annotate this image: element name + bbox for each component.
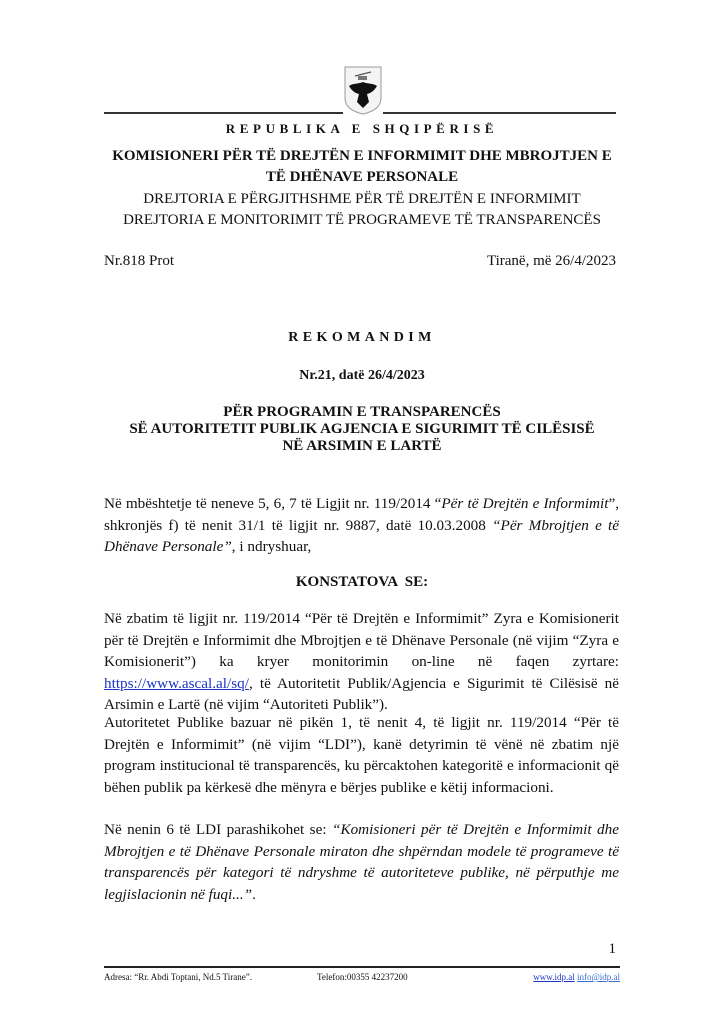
document-number: Nr.21, datë 26/4/2023 — [0, 368, 724, 384]
authority-website-link[interactable]: https://www.ascal.al/sq/ — [104, 675, 249, 692]
article6-paragraph: Në nenin 6 të LDI parashikohet se: “Komi… — [104, 819, 619, 905]
footer-address: Adresa: “Rr. Abdi Toptani, Nd.5 Tirane”. — [104, 972, 252, 982]
subject-line: NË ARSIMIN E LARTË — [0, 438, 724, 455]
obligation-paragraph: Autoritetet Publike bazuar në pikën 1, t… — [104, 712, 619, 798]
republic-name: REPUBLIKA E SHQIPËRISË — [0, 121, 724, 137]
organization-name: KOMISIONERI PËR TË DREJTËN E INFORMIMIT … — [110, 146, 614, 188]
header-rule-left — [104, 112, 343, 114]
legal-basis-paragraph: Në mbështetje të neneve 5, 6, 7 të Ligji… — [104, 493, 619, 558]
subject-line: PËR PROGRAMIN E TRANSPARENCËS — [0, 404, 724, 421]
subject-line: SË AUTORITETIT PUBLIK AGJENCIA E SIGURIM… — [0, 421, 724, 438]
document-type: REKOMANDIM — [0, 330, 724, 346]
place-date: Tiranë, më 26/4/2023 — [487, 253, 616, 270]
page-number: 1 — [609, 941, 617, 958]
website-link[interactable]: www.idp.al — [533, 972, 574, 982]
text-run: Në nenin 6 të LDI parashikohet se: — [104, 821, 332, 838]
monitoring-paragraph: Në zbatim të ligjit nr. 119/2014 “Për të… — [104, 608, 619, 716]
document-subject: PËR PROGRAMIN E TRANSPARENCËS SË AUTORIT… — [0, 404, 724, 455]
text-run: , i ndryshuar, — [232, 538, 312, 555]
directorate-general: DREJTORIA E PËRGJITHSHME PËR TË DREJTËN … — [0, 189, 724, 210]
header-rule-right — [383, 112, 616, 114]
protocol-number: Nr.818 Prot — [104, 253, 174, 270]
text-run: Në zbatim të ligjit nr. 119/2014 “Për të… — [104, 610, 619, 670]
albania-coat-of-arms-icon — [341, 64, 385, 116]
section-heading: KONSTATOVA SE: — [0, 574, 724, 591]
text-run: Në mbështetje të neneve 5, 6, 7 të Ligji… — [104, 495, 441, 512]
footer-rule — [104, 966, 620, 968]
directorate-monitoring: DREJTORIA E MONITORIMIT TË PROGRAMEVE TË… — [0, 210, 724, 231]
footer-links: www.idp.al info@idp.al — [533, 972, 620, 982]
text-run: . — [252, 886, 256, 903]
email-link[interactable]: info@idp.al — [577, 972, 620, 982]
footer-phone: Telefon:00355 42237200 — [317, 972, 408, 982]
law-title: Për të Drejtën e Informimit — [441, 495, 608, 512]
